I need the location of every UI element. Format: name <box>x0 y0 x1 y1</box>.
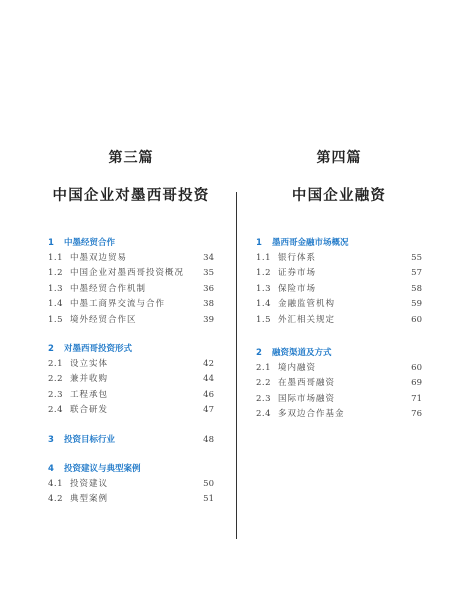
part-title: 中国企业对墨西哥投资 <box>48 186 214 206</box>
entry-label: 中墨工商界交流与合作 <box>70 299 165 309</box>
toc-entry[interactable]: 1.1银行体系55 <box>256 251 422 266</box>
section-heading[interactable]: 2融资渠道及方式 <box>256 346 422 361</box>
section-title: 墨西哥金融市场概况 <box>272 238 349 248</box>
entry-label: 证券市场 <box>278 268 316 278</box>
toc-section: 1中墨经贸合作 1.1中墨双边贸易34 1.2中国企业对墨西哥投资概况35 1.… <box>48 236 214 328</box>
entry-number: 2.2 <box>48 372 70 387</box>
entry-page: 69 <box>411 376 422 391</box>
entry-number: 2.4 <box>48 403 70 418</box>
section-number: 4 <box>48 462 64 477</box>
section-title: 投资目标行业 <box>64 435 115 445</box>
section-number: 2 <box>48 342 64 357</box>
entry-number: 1.3 <box>256 282 278 297</box>
entry-number: 1.5 <box>256 313 278 328</box>
toc-section: 2融资渠道及方式 2.1境内融资60 2.2在墨西哥融资69 2.3国际市场融资… <box>256 346 422 423</box>
entry-page: 58 <box>411 282 422 297</box>
entry-number: 4.2 <box>48 492 70 507</box>
toc-page: 第三篇 中国企业对墨西哥投资 1中墨经贸合作 1.1中墨双边贸易34 1.2中国… <box>0 0 470 600</box>
toc-entry[interactable]: 2.2兼并收购44 <box>48 372 214 387</box>
section-title: 投资建议与典型案例 <box>64 464 141 474</box>
entry-number: 2.1 <box>48 357 70 372</box>
section-number: 2 <box>256 346 272 361</box>
entry-number: 1.4 <box>48 297 70 312</box>
entry-page: 71 <box>411 392 422 407</box>
toc-entry[interactable]: 1.3保险市场58 <box>256 282 422 297</box>
section-number: 1 <box>256 236 272 251</box>
toc-entry[interactable]: 4.1投资建议50 <box>48 477 214 492</box>
toc-entry[interactable]: 2.3国际市场融资71 <box>256 392 422 407</box>
toc-entry[interactable]: 1.5境外经贸合作区39 <box>48 313 214 328</box>
entry-page: 59 <box>411 297 422 312</box>
entry-page: 47 <box>203 403 214 418</box>
entry-number: 2.4 <box>256 407 278 422</box>
entry-label: 境外经贸合作区 <box>70 315 137 325</box>
entry-page: 36 <box>203 282 214 297</box>
entry-page: 38 <box>203 297 214 312</box>
spacer <box>48 328 214 342</box>
toc-column-part-4: 第四篇 中国企业融资 1墨西哥金融市场概况 1.1银行体系55 1.2证券市场5… <box>256 148 422 423</box>
toc-entry[interactable]: 1.2证券市场57 <box>256 266 422 281</box>
entry-page: 39 <box>203 313 214 328</box>
entry-label: 中墨经贸合作机制 <box>70 284 146 294</box>
entry-number: 2.1 <box>256 361 278 376</box>
toc-entry[interactable]: 2.3工程承包46 <box>48 388 214 403</box>
toc-entry[interactable]: 4.2典型案例51 <box>48 492 214 507</box>
entry-label: 外汇相关规定 <box>278 315 335 325</box>
toc-entry[interactable]: 1.4金融监管机构59 <box>256 297 422 312</box>
entry-label: 设立实体 <box>70 359 108 369</box>
entry-number: 2.3 <box>256 392 278 407</box>
spacer <box>48 448 214 462</box>
entry-number: 2.2 <box>256 376 278 391</box>
section-heading[interactable]: 3投资目标行业 48 <box>48 433 214 448</box>
section-number: 3 <box>48 433 64 448</box>
toc-entry[interactable]: 1.2中国企业对墨西哥投资概况35 <box>48 266 214 281</box>
entry-number: 1.4 <box>256 297 278 312</box>
toc-section: 3投资目标行业 48 <box>48 433 214 448</box>
entry-number: 1.2 <box>48 266 70 281</box>
toc-entry[interactable]: 1.1中墨双边贸易34 <box>48 251 214 266</box>
entry-label: 兼并收购 <box>70 374 108 384</box>
entry-number: 1.5 <box>48 313 70 328</box>
entry-page: 46 <box>203 388 214 403</box>
part-label: 第四篇 <box>256 148 422 168</box>
entry-label: 境内融资 <box>278 363 316 373</box>
toc-column-part-3: 第三篇 中国企业对墨西哥投资 1中墨经贸合作 1.1中墨双边贸易34 1.2中国… <box>48 148 214 507</box>
entry-label: 国际市场融资 <box>278 394 335 404</box>
entry-label: 中墨双边贸易 <box>70 253 127 263</box>
entry-label: 工程承包 <box>70 390 108 400</box>
entry-page: 50 <box>203 477 214 492</box>
entry-page: 57 <box>411 266 422 281</box>
column-divider <box>236 192 237 539</box>
entry-page: 42 <box>203 357 214 372</box>
part-title: 中国企业融资 <box>256 186 422 206</box>
entry-label: 投资建议 <box>70 479 108 489</box>
entry-number: 2.3 <box>48 388 70 403</box>
entry-label: 保险市场 <box>278 284 316 294</box>
section-number: 1 <box>48 236 64 251</box>
entry-number: 1.1 <box>48 251 70 266</box>
entry-page: 51 <box>203 492 214 507</box>
toc-entry[interactable]: 2.4多双边合作基金76 <box>256 407 422 422</box>
entry-number: 1.1 <box>256 251 278 266</box>
entry-number: 4.1 <box>48 477 70 492</box>
entry-label: 多双边合作基金 <box>278 409 345 419</box>
entry-page: 55 <box>411 251 422 266</box>
entry-page: 34 <box>203 251 214 266</box>
entry-label: 典型案例 <box>70 494 108 504</box>
entry-page: 76 <box>411 407 422 422</box>
section-heading[interactable]: 4投资建议与典型案例 <box>48 462 214 477</box>
spacer <box>256 328 422 346</box>
entry-page: 35 <box>203 266 214 281</box>
toc-entry[interactable]: 1.5外汇相关规定60 <box>256 313 422 328</box>
entry-label: 中国企业对墨西哥投资概况 <box>70 268 184 278</box>
entry-label: 金融监管机构 <box>278 299 335 309</box>
toc-section: 4投资建议与典型案例 4.1投资建议50 4.2典型案例51 <box>48 462 214 508</box>
spacer <box>48 419 214 433</box>
section-heading[interactable]: 1墨西哥金融市场概况 <box>256 236 422 251</box>
toc-entry[interactable]: 1.4中墨工商界交流与合作38 <box>48 297 214 312</box>
toc-section: 2对墨西哥投资形式 2.1设立实体42 2.2兼并收购44 2.3工程承包46 … <box>48 342 214 419</box>
section-title: 中墨经贸合作 <box>64 238 115 248</box>
section-page: 48 <box>203 433 214 448</box>
entry-label: 在墨西哥融资 <box>278 378 335 388</box>
toc-entry[interactable]: 2.1设立实体42 <box>48 357 214 372</box>
entry-page: 60 <box>411 361 422 376</box>
part-label: 第三篇 <box>48 148 214 168</box>
entry-label: 银行体系 <box>278 253 316 263</box>
entry-number: 1.3 <box>48 282 70 297</box>
toc-entry[interactable]: 2.2在墨西哥融资69 <box>256 376 422 391</box>
toc-entry[interactable]: 2.4联合研发47 <box>48 403 214 418</box>
entry-number: 1.2 <box>256 266 278 281</box>
entry-page: 60 <box>411 313 422 328</box>
toc-section: 1墨西哥金融市场概况 1.1银行体系55 1.2证券市场57 1.3保险市场58… <box>256 236 422 328</box>
entry-page: 44 <box>203 372 214 387</box>
entry-label: 联合研发 <box>70 405 108 415</box>
section-heading[interactable]: 1中墨经贸合作 <box>48 236 214 251</box>
toc-entry[interactable]: 2.1境内融资60 <box>256 361 422 376</box>
section-title: 融资渠道及方式 <box>272 348 332 358</box>
section-title: 对墨西哥投资形式 <box>64 344 132 354</box>
toc-entry[interactable]: 1.3中墨经贸合作机制36 <box>48 282 214 297</box>
section-heading[interactable]: 2对墨西哥投资形式 <box>48 342 214 357</box>
